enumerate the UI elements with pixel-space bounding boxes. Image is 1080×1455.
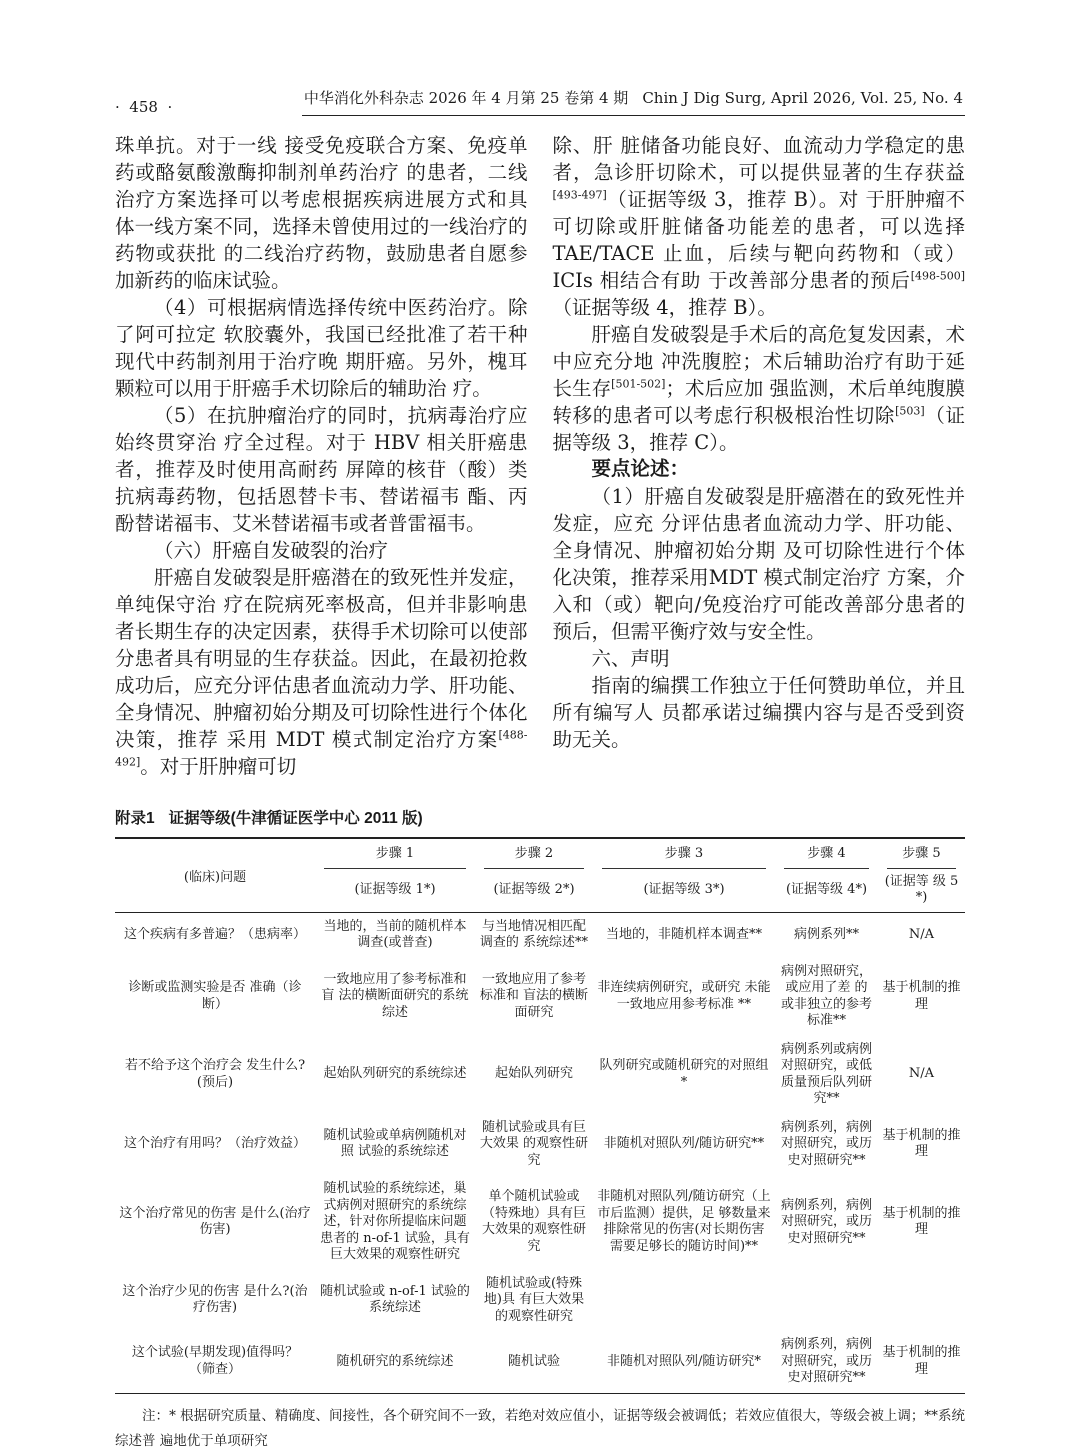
question-column-header: (临床)问题 [115,838,315,912]
level-header: (证据等级 2*) [475,869,593,913]
evidence-cell: 队列研究或随机研究的对照组* [593,1036,775,1114]
paragraph: （5）在抗肿瘤治疗的同时，抗病毒治疗应始终贯穿治 疗全过程。对于 HBV 相关肝… [115,402,528,537]
paragraph-text: 指南的编撰工作独立于任何赞助单位，并且所有编写人 员都承诺过编撰内容与是否受到资… [553,674,966,751]
paragraph-text: （5）在抗肿瘤治疗的同时，抗病毒治疗应始终贯穿治 疗全过程。对于 HBV 相关肝… [115,404,528,535]
evidence-cell [775,1270,878,1332]
evidence-cell: 与当地情况相匹配调查的 系统综述** [475,912,593,958]
evidence-cell: 单个随机试验或（特殊地）具有巨大效果的观察性研 究 [475,1175,593,1270]
paragraph: 肝癌自发破裂是手术后的高危复发因素，术中应充分地 冲洗腹腔；术后辅助治疗有助于延… [553,321,966,456]
question-cell: 这个治疗少见的伤害 是什么?(治疗伤害) [115,1270,315,1332]
evidence-cell: 当地的，当前的随机样本调查(或普查) [315,912,475,958]
table-header: (临床)问题 步骤 1 步骤 2 步骤 3 步骤 4 步骤 5 (证据等级 1*… [115,838,965,912]
paragraph: 除、肝 脏储备功能良好、血流动力学稳定的患者，急诊肝切除术，可以提供显著的生存获… [553,132,966,321]
appendix-title-text: 证据等级(牛津循证医学中心 2011 版) [169,810,423,827]
paragraph: （六）肝癌自发破裂的治疗 [115,537,528,564]
page-number: · 458 · [115,98,172,116]
paragraph: 要点论述： [553,456,966,483]
step-header: 步骤 1 [315,838,475,869]
evidence-cell: 随机试验的系统综述，巢式病例对照研究的系统综述，针对你所提临床问题患者的 n-o… [315,1175,475,1270]
paragraph-text: 要点论述： [592,458,690,480]
right-column: 除、肝 脏储备功能良好、血流动力学稳定的患者，急诊肝切除术，可以提供显著的生存获… [553,132,966,780]
paragraph-text: （4）可根据病情选择传统中医药治疗。除了阿可拉定 软胶囊外，我国已经批准了若干种… [115,296,528,400]
evidence-cell: 一致地应用了参考标准和 盲法的横断面研究 [475,958,593,1036]
evidence-cell: 随机试验或具有巨大效果 的观察性研究 [475,1114,593,1176]
evidence-cell: 起始队列研究的系统综述 [315,1036,475,1114]
evidence-cell: 非随机对照队列/随访研究* [593,1331,775,1393]
evidence-cell: 随机试验或(特殊地)具 有巨大效果的观察性研究 [475,1270,593,1332]
paragraph: 指南的编撰工作独立于任何赞助单位，并且所有编写人 员都承诺过编撰内容与是否受到资… [553,672,966,753]
evidence-cell: N/A [878,912,965,958]
journal-header-line: 中华消化外科杂志 2026 年 4 月第 25 卷第 4 期Chin J Dig… [302,87,965,116]
evidence-cell: 当地的，非随机样本调查** [593,912,775,958]
evidence-cell: 随机试验或单病例随机对照 试验的系统综述 [315,1114,475,1176]
evidence-cell: 随机试验或 n-of-1 试验的系统综述 [315,1270,475,1332]
evidence-cell: 随机研究的系统综述 [315,1331,475,1393]
reference-superscript: [493-497] [553,189,607,202]
running-head: · 458 · 中华消化外科杂志 2026 年 4 月第 25 卷第 4 期Ch… [115,88,965,116]
evidence-cell [593,1270,775,1332]
table-row: 诊断或监测实验是否 准确（诊断）一致地应用了参考标准和盲 法的横断面研究的系统综… [115,958,965,1036]
paragraph-text: 除、肝 脏储备功能良好、血流动力学稳定的患者，急诊肝切除术，可以提供显著的生存获… [553,134,966,184]
table-row: 这个治疗少见的伤害 是什么?(治疗伤害)随机试验或 n-of-1 试验的系统综述… [115,1270,965,1332]
appendix-label: 附录1 [115,810,155,827]
question-cell: 这个试验(早期发现)值得吗？（筛查） [115,1331,315,1393]
paragraph-text: （证据等级 3，推荐 B）。对 于肝肿瘤不可切除或肝脏储备功能差的患者，可以选择… [553,188,966,292]
evidence-cell: 随机试验 [475,1331,593,1393]
table-body: 这个疾病有多普遍？（患病率）当地的，当前的随机样本调查(或普查)与当地情况相匹配… [115,912,965,1393]
appendix-title: 附录1证据等级(牛津循证医学中心 2011 版) [115,806,965,828]
table-row: 这个疾病有多普遍？（患病率）当地的，当前的随机样本调查(或普查)与当地情况相匹配… [115,912,965,958]
evidence-cell: 起始队列研究 [475,1036,593,1114]
reference-superscript: [498-500] [911,270,965,283]
evidence-cell: 非随机对照队列/随访研究（上市后监测）提供，足 够数量来排除常见的伤害(对长期伤… [593,1175,775,1270]
step-header: 步骤 2 [475,838,593,869]
page-content: · 458 · 中华消化外科杂志 2026 年 4 月第 25 卷第 4 期Ch… [0,0,1080,1454]
paragraph: （4）可根据病情选择传统中医药治疗。除了阿可拉定 软胶囊外，我国已经批准了若干种… [115,294,528,402]
evidence-level-table: (临床)问题 步骤 1 步骤 2 步骤 3 步骤 4 步骤 5 (证据等级 1*… [115,837,965,1394]
paragraph-text: （六）肝癌自发破裂的治疗 [154,539,388,562]
question-cell: 若不给予这个治疗会 发生什么?(预后) [115,1036,315,1114]
reference-superscript: [501-502] [611,378,665,391]
evidence-cell: 病例对照研究，或应用了差 的或非独立的参考标准** [775,958,878,1036]
paragraph: （1）肝癌自发破裂是肝癌潜在的致死性并发症，应充 分评估患者血流动力学、肝功能、… [553,483,966,645]
paragraph: 肝癌自发破裂是肝癌潜在的致死性并发症，单纯保守治 疗在院病死率极高，但并非影响患… [115,564,528,780]
level-header: (证据等级 1*) [315,869,475,913]
step-header: 步骤 5 [878,838,965,869]
question-cell: 这个治疗有用吗？（治疗效益） [115,1114,315,1176]
paragraph: 六、声明 [553,645,966,672]
level-header: (证据等 级 5*) [878,869,965,913]
paragraph-text: （证据等级 4，推荐 B）。 [553,296,777,319]
paragraph: 珠单抗。对于一线 接受免疫联合方案、免疫单药或酪氨酸激酶抑制剂单药治疗 的患者，… [115,132,528,294]
paragraph-text: （1）肝癌自发破裂是肝癌潜在的致死性并发症，应充 分评估患者血流动力学、肝功能、… [553,485,966,643]
table-note: 注：* 根据研究质量、精确度、间接性，各个研究间不一致，若绝对效应值小，证据等级… [115,1404,965,1454]
evidence-cell: 病例系列，病例对照研究，或历史对照研究** [775,1331,878,1393]
left-column: 珠单抗。对于一线 接受免疫联合方案、免疫单药或酪氨酸激酶抑制剂单药治疗 的患者，… [115,132,528,780]
evidence-cell [878,1270,965,1332]
table-row: 若不给予这个治疗会 发生什么?(预后)起始队列研究的系统综述起始队列研究队列研究… [115,1036,965,1114]
table-row: 这个试验(早期发现)值得吗？（筛查）随机研究的系统综述随机试验非随机对照队列/随… [115,1331,965,1393]
level-header: (证据等级 4*) [775,869,878,913]
level-header: (证据等级 3*) [593,869,775,913]
table-header-steps-row: (临床)问题 步骤 1 步骤 2 步骤 3 步骤 4 步骤 5 [115,838,965,869]
evidence-cell: 病例系列或病例对照研究，或低质量预后队列研究** [775,1036,878,1114]
evidence-cell: 病例系列，病例对照研究，或历史对照研究** [775,1175,878,1270]
paragraph-text: 。对于肝肿瘤可切 [140,755,296,778]
table-row: 这个治疗常见的伤害 是什么(治疗伤害)随机试验的系统综述，巢式病例对照研究的系统… [115,1175,965,1270]
journal-title-en: Chin J Dig Surg, April 2026, Vol. 25, No… [642,89,963,107]
step-header: 步骤 4 [775,838,878,869]
evidence-cell: 基于机制的推理 [878,1175,965,1270]
evidence-cell: 病例系列** [775,912,878,958]
evidence-cell: 病例系列，病例对照研究，或历史对照研究** [775,1114,878,1176]
evidence-cell: 非连续病例研究，或研究 未能一致地应用参考标准 ** [593,958,775,1036]
evidence-cell: 基于机制的推理 [878,1331,965,1393]
paragraph-text: 肝癌自发破裂是肝癌潜在的致死性并发症，单纯保守治 疗在院病死率极高，但并非影响患… [115,566,528,751]
question-cell: 这个疾病有多普遍？（患病率） [115,912,315,958]
evidence-cell: 基于机制的推理 [878,958,965,1036]
table-row: 这个治疗有用吗？（治疗效益）随机试验或单病例随机对照 试验的系统综述随机试验或具… [115,1114,965,1176]
question-cell: 这个治疗常见的伤害 是什么(治疗伤害) [115,1175,315,1270]
evidence-cell: 基于机制的推理 [878,1114,965,1176]
journal-title-cn: 中华消化外科杂志 2026 年 4 月第 25 卷第 4 期 [304,89,629,107]
appendix-section: 附录1证据等级(牛津循证医学中心 2011 版) (临床)问题 步骤 1 步骤 … [115,806,965,1454]
evidence-cell: 非随机对照队列/随访研究** [593,1114,775,1176]
paragraph-text: 六、声明 [592,647,670,670]
question-cell: 诊断或监测实验是否 准确（诊断） [115,958,315,1036]
journal-page: · 458 · 中华消化外科杂志 2026 年 4 月第 25 卷第 4 期Ch… [0,0,1080,1455]
article-body: 珠单抗。对于一线 接受免疫联合方案、免疫单药或酪氨酸激酶抑制剂单药治疗 的患者，… [115,132,965,780]
paragraph-text: 珠单抗。对于一线 接受免疫联合方案、免疫单药或酪氨酸激酶抑制剂单药治疗 的患者，… [115,134,528,292]
evidence-cell: 一致地应用了参考标准和盲 法的横断面研究的系统综述 [315,958,475,1036]
evidence-cell: N/A [878,1036,965,1114]
step-header: 步骤 3 [593,838,775,869]
reference-superscript: [503] [895,405,925,418]
